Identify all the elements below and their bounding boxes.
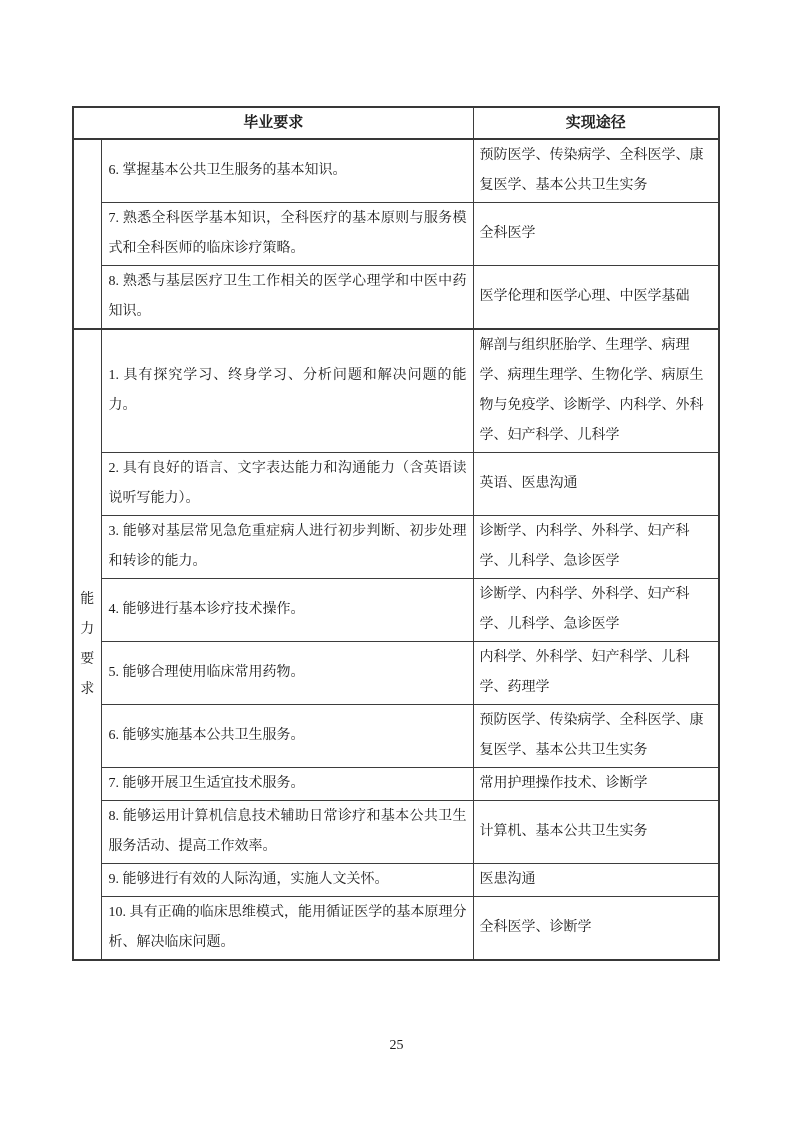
page-number: 25 — [0, 1038, 793, 1054]
requirement-cell: 6. 能够实施基本公共卫生服务。 — [101, 705, 473, 768]
pathway-cell: 诊断学、内科学、外科学、妇产科学、儿科学、急诊医学 — [473, 579, 719, 642]
requirement-cell: 6. 掌握基本公共卫生服务的基本知识。 — [101, 139, 473, 203]
pathway-cell: 预防医学、传染病学、全科医学、康复医学、基本公共卫生实务 — [473, 139, 719, 203]
table-row: 8. 能够运用计算机信息技术辅助日常诊疗和基本公共卫生服务活动、提高工作效率。 … — [73, 801, 719, 864]
pathway-cell: 解剖与组织胚胎学、生理学、病理学、病理生理学、生物化学、病原生物与免疫学、诊断学… — [473, 329, 719, 453]
requirement-cell: 8. 熟悉与基层医疗卫生工作相关的医学心理学和中医中药知识。 — [101, 266, 473, 330]
requirement-cell: 7. 能够开展卫生适宜技术服务。 — [101, 768, 473, 801]
pathway-cell: 诊断学、内科学、外科学、妇产科学、儿科学、急诊医学 — [473, 516, 719, 579]
pathway-cell: 全科医学、诊断学 — [473, 897, 719, 961]
requirement-cell: 1. 具有探究学习、终身学习、分析问题和解决问题的能力。 — [101, 329, 473, 453]
table-row: 能力要求 1. 具有探究学习、终身学习、分析问题和解决问题的能力。 解剖与组织胚… — [73, 329, 719, 453]
table-row: 6. 能够实施基本公共卫生服务。 预防医学、传染病学、全科医学、康复医学、基本公… — [73, 705, 719, 768]
pathway-cell: 计算机、基本公共卫生实务 — [473, 801, 719, 864]
pathway-cell: 医学伦理和医学心理、中医学基础 — [473, 266, 719, 330]
column-header-realization-pathways: 实现途径 — [473, 107, 719, 139]
table-row: 5. 能够合理使用临床常用药物。 内科学、外科学、妇产科学、儿科学、药理学 — [73, 642, 719, 705]
pathway-cell: 全科医学 — [473, 203, 719, 266]
requirement-cell: 10. 具有正确的临床思维模式，能用循证医学的基本原理分析、解决临床问题。 — [101, 897, 473, 961]
table-row: 6. 掌握基本公共卫生服务的基本知识。 预防医学、传染病学、全科医学、康复医学、… — [73, 139, 719, 203]
table-row: 4. 能够进行基本诊疗技术操作。 诊断学、内科学、外科学、妇产科学、儿科学、急诊… — [73, 579, 719, 642]
graduation-requirements-table: 毕业要求 实现途径 6. 掌握基本公共卫生服务的基本知识。 预防医学、传染病学、… — [72, 106, 720, 961]
document-page: 毕业要求 实现途径 6. 掌握基本公共卫生服务的基本知识。 预防医学、传染病学、… — [0, 0, 793, 1122]
requirement-cell: 2. 具有良好的语言、文字表达能力和沟通能力（含英语读说听写能力）。 — [101, 453, 473, 516]
table-row: 10. 具有正确的临床思维模式，能用循证医学的基本原理分析、解决临床问题。 全科… — [73, 897, 719, 961]
table-row: 9. 能够进行有效的人际沟通，实施人文关怀。 医患沟通 — [73, 864, 719, 897]
pathway-cell: 预防医学、传染病学、全科医学、康复医学、基本公共卫生实务 — [473, 705, 719, 768]
pathway-cell: 常用护理操作技术、诊断学 — [473, 768, 719, 801]
table-row: 2. 具有良好的语言、文字表达能力和沟通能力（含英语读说听写能力）。 英语、医患… — [73, 453, 719, 516]
requirement-cell: 8. 能够运用计算机信息技术辅助日常诊疗和基本公共卫生服务活动、提高工作效率。 — [101, 801, 473, 864]
pathway-cell: 内科学、外科学、妇产科学、儿科学、药理学 — [473, 642, 719, 705]
group-label-empty — [73, 139, 101, 329]
requirement-cell: 5. 能够合理使用临床常用药物。 — [101, 642, 473, 705]
pathway-cell: 英语、医患沟通 — [473, 453, 719, 516]
group-label-ability-requirements: 能力要求 — [73, 329, 101, 960]
requirement-cell: 7. 熟悉全科医学基本知识，全科医疗的基本原则与服务模式和全科医师的临床诊疗策略… — [101, 203, 473, 266]
requirement-cell: 4. 能够进行基本诊疗技术操作。 — [101, 579, 473, 642]
requirement-cell: 9. 能够进行有效的人际沟通，实施人文关怀。 — [101, 864, 473, 897]
table-row: 8. 熟悉与基层医疗卫生工作相关的医学心理学和中医中药知识。 医学伦理和医学心理… — [73, 266, 719, 330]
table-row: 7. 能够开展卫生适宜技术服务。 常用护理操作技术、诊断学 — [73, 768, 719, 801]
table-row: 3. 能够对基层常见急危重症病人进行初步判断、初步处理和转诊的能力。 诊断学、内… — [73, 516, 719, 579]
table-row: 7. 熟悉全科医学基本知识，全科医疗的基本原则与服务模式和全科医师的临床诊疗策略… — [73, 203, 719, 266]
table-header-row: 毕业要求 实现途径 — [73, 107, 719, 139]
requirement-cell: 3. 能够对基层常见急危重症病人进行初步判断、初步处理和转诊的能力。 — [101, 516, 473, 579]
column-header-graduation-requirements: 毕业要求 — [73, 107, 473, 139]
pathway-cell: 医患沟通 — [473, 864, 719, 897]
